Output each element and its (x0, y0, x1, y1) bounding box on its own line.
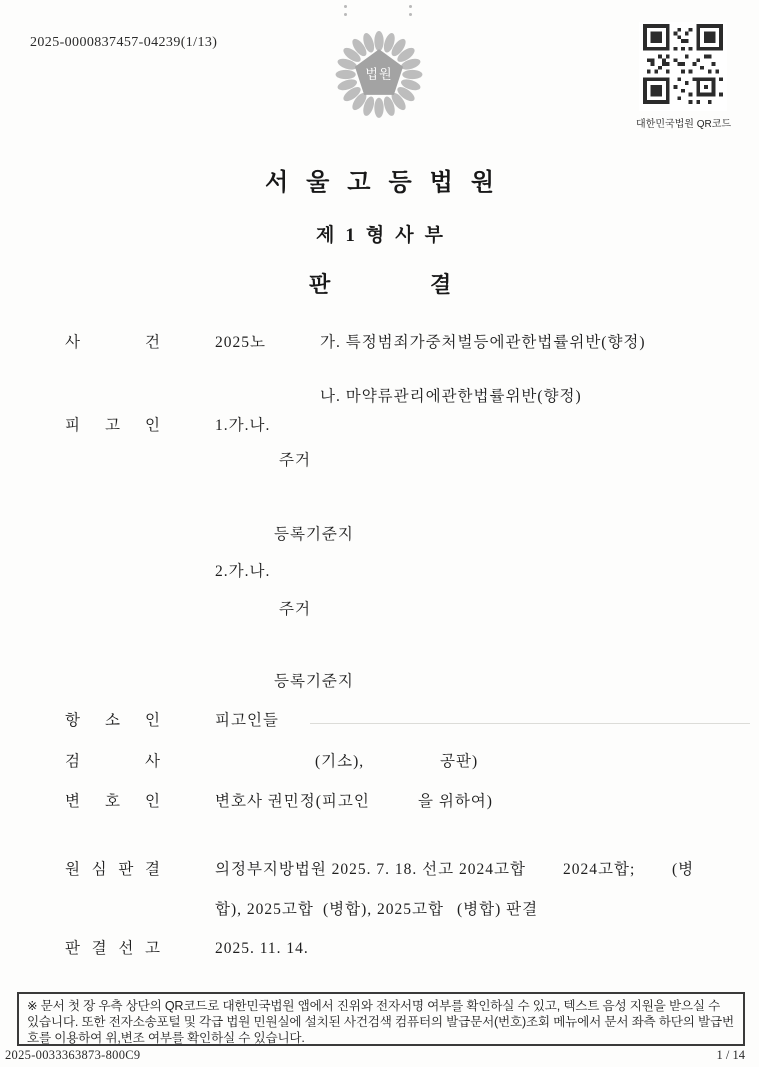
court-seal-label: 법원 (365, 66, 392, 82)
lower-court-line2a: 합), 2025고합 (215, 900, 314, 919)
scan-dot (344, 5, 347, 8)
lower-court-line1a: 의정부지방법원 2025. 7. 18. 선고 2024고합 (215, 860, 526, 879)
appellant-value: 피고인들 (215, 711, 279, 730)
charge-ga: 가. 특정범죄가중처벌등에관한법률위반(향정) (320, 333, 646, 352)
registered-base-2-label: 등록기준지 (274, 672, 354, 691)
verification-notice-box: ※ 문서 첫 장 우측 상단의 QR코드로 대한민국법원 앱에서 진위와 전자서… (17, 992, 745, 1046)
court-name-title: 서울고등법원 (0, 162, 759, 197)
prosecutor-part1: (기소), (315, 752, 364, 771)
lower-court-line2c: (병합) 판결 (457, 900, 538, 919)
scan-dot (409, 13, 412, 16)
residence-2-label: 주거 (279, 600, 311, 619)
lower-court-line1b: 2024고합; (563, 860, 635, 879)
scan-dot (344, 13, 347, 16)
judgment-date-label: 판 결 선 고 (65, 939, 161, 958)
court-seal: 법원 (323, 28, 435, 129)
court-seal-icon: 법원 (323, 28, 435, 124)
document-number-top: 2025-0000837457-04239(1/13) (30, 33, 217, 52)
qr-code-icon (639, 22, 727, 111)
qr-block: 대한민국법원 QR코드 (636, 22, 730, 130)
counsel-label: 변 호 인 (65, 792, 161, 811)
scan-dot (409, 5, 412, 8)
scan-line (310, 723, 750, 724)
counsel-part1: 변호사 권민정(피고인 (215, 792, 370, 811)
judgment-word-right: 결 (430, 268, 451, 299)
case-number: 2025노 (215, 333, 266, 352)
defendant-2: 2.가.나. (215, 562, 270, 581)
issuance-number-bottom: 2025-0033363873-800C9 (5, 1048, 140, 1063)
qr-caption: 대한민국법원 QR코드 (636, 115, 730, 130)
prosecutor-label: 검 사 (65, 752, 161, 771)
registered-base-1-label: 등록기준지 (274, 525, 354, 544)
judgment-page: 2025-0000837457-04239(1/13) (0, 0, 759, 1067)
residence-1-label: 주거 (279, 451, 311, 470)
lower-court-line2b: (병합), 2025고합 (323, 900, 444, 919)
judgment-date-value: 2025. 11. 14. (215, 939, 309, 958)
judgment-word-left: 판 (309, 268, 330, 299)
division-title: 제1형사부 (0, 220, 759, 247)
defendant-1: 1.가.나. (215, 416, 270, 435)
charge-na: 나. 마약류관리에관한법률위반(향정) (320, 387, 582, 406)
case-label: 사 건 (65, 333, 161, 352)
defendant-label: 피 고 인 (65, 416, 161, 435)
counsel-part2: 을 위하여) (418, 792, 493, 811)
lower-court-label: 원 심 판 결 (65, 860, 161, 879)
appellant-label: 항 소 인 (65, 711, 161, 730)
page-number: 1 / 14 (717, 1048, 745, 1063)
lower-court-line1c: (병 (672, 860, 694, 879)
prosecutor-part2: 공판) (440, 752, 478, 771)
verification-notice-text: ※ 문서 첫 장 우측 상단의 QR코드로 대한민국법원 앱에서 진위와 전자서… (27, 999, 734, 1045)
